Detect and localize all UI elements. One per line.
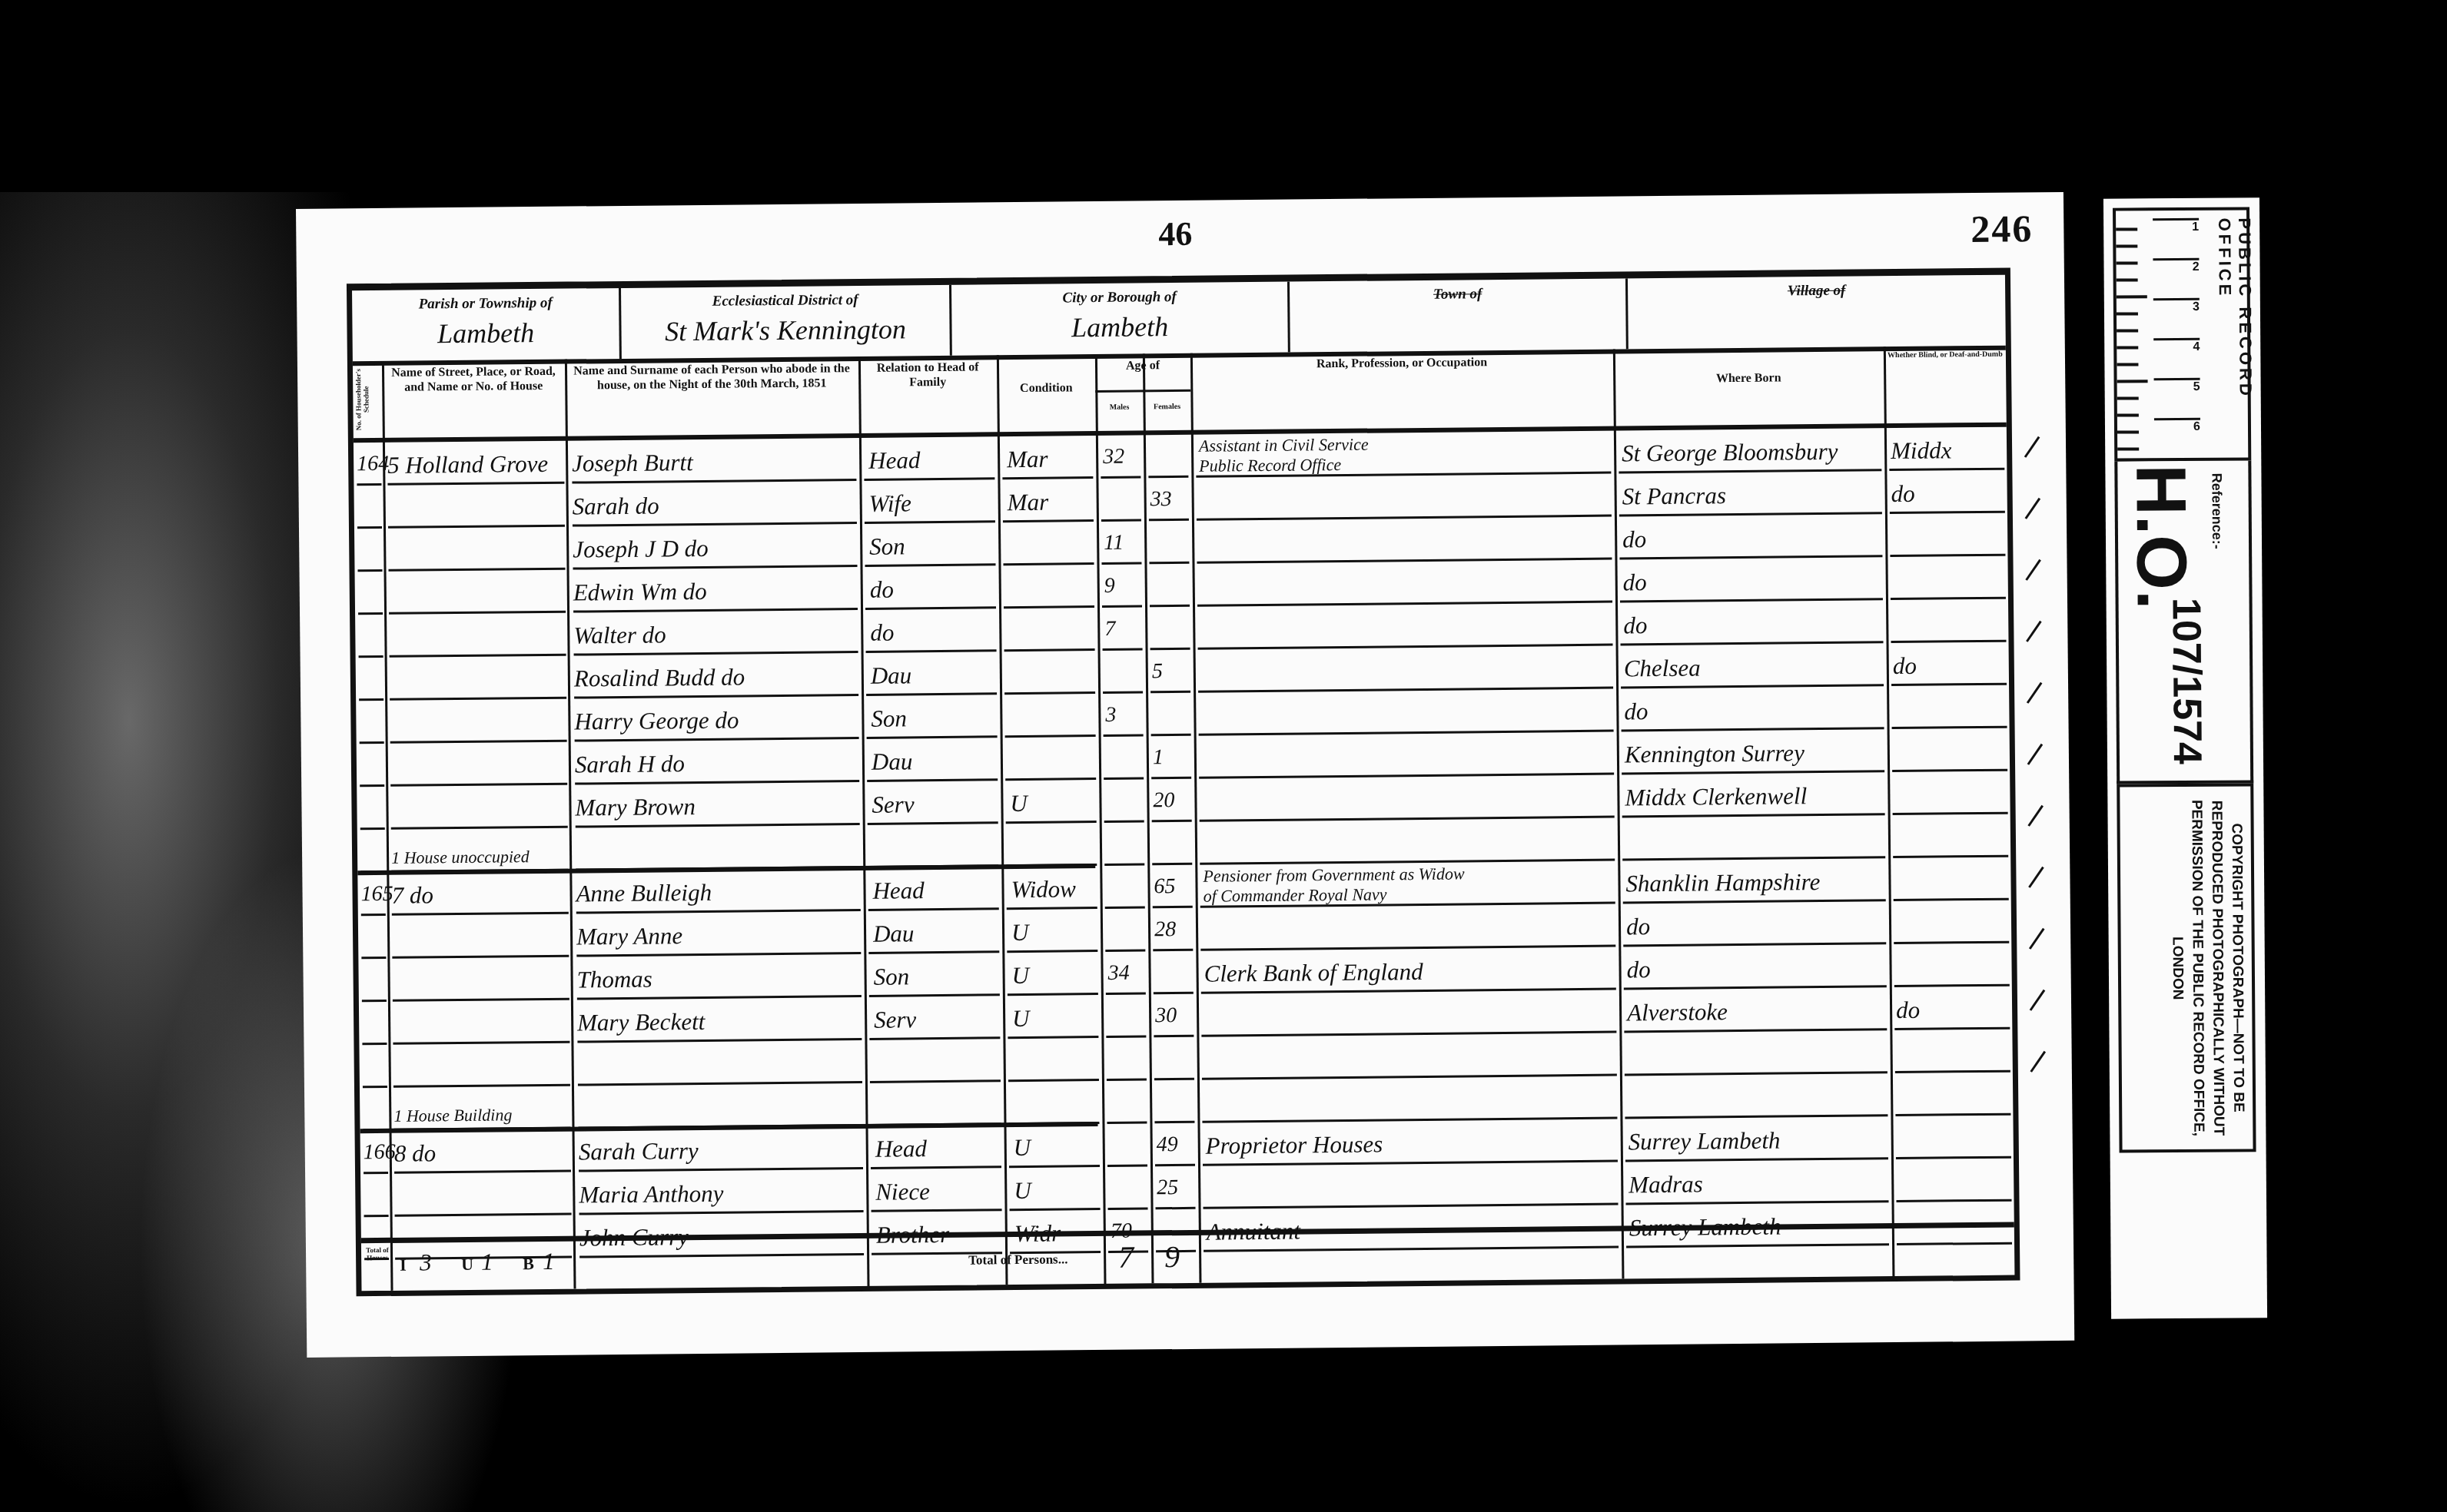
inhabited-prefix: I — [400, 1255, 407, 1275]
ruler-cm-label: 5 — [2154, 378, 2200, 420]
ruler-cm-label: 3 — [2153, 298, 2200, 340]
cell-birthplace: St George Bloomsbury — [1622, 439, 1838, 466]
ruler-cm-label: 4 — [2153, 338, 2200, 380]
cell-relation: Head — [868, 448, 920, 472]
cell-birthplace: do — [1624, 699, 1648, 723]
cell-address: 7 do — [391, 883, 433, 907]
cell-relation: do — [870, 621, 894, 645]
ruler-tick — [2117, 312, 2138, 315]
cell-relation: Head — [875, 1136, 927, 1161]
cell-name: Thomas — [576, 967, 652, 992]
checkmark-icon — [2029, 928, 2045, 950]
town-label: Town of — [1290, 284, 1625, 304]
cell-name: Joseph J D do — [573, 536, 709, 562]
building-count: 1 — [543, 1249, 555, 1273]
total-houses-label: Total of Houses — [364, 1246, 390, 1262]
cell-condition: U — [1014, 1136, 1031, 1159]
cell-birthplace: do — [1623, 613, 1647, 637]
cell-relation: Niece — [875, 1179, 930, 1204]
cell-birthplace: do — [1622, 527, 1646, 551]
col-females: Females — [1143, 395, 1190, 431]
uninhabited-count: 1 — [481, 1250, 493, 1274]
ruler-tick — [2117, 447, 2139, 450]
cell-name: Mary Brown — [575, 794, 696, 820]
census-form: Parish or Township of Lambeth Ecclesiast… — [347, 268, 2020, 1297]
cell-relation: Serv — [872, 792, 914, 817]
cell-condition: Mar — [1008, 490, 1049, 515]
town-cell: Town of — [1290, 278, 1629, 352]
cell-name: Joseph Burtt — [572, 450, 693, 476]
ecclesiastical-label: Ecclesiastical District of — [621, 291, 949, 311]
total-females: 9 — [1164, 1242, 1180, 1272]
total-persons-label: Total of Persons... — [968, 1252, 1067, 1268]
piece-number: 107/1574 — [2163, 598, 2211, 764]
cell-female-age: 33 — [1150, 489, 1172, 510]
cell-relation: Serv — [874, 1007, 916, 1032]
cell-relation: Dau — [872, 749, 913, 774]
total-males: 7 — [1118, 1242, 1134, 1273]
cell-name: Edwin Wm do — [573, 579, 707, 605]
col-relation: Relation to Head of Family — [858, 355, 998, 433]
cell-relation: Head — [872, 878, 924, 903]
ruler-ticks — [2116, 211, 2154, 458]
checkmark-icon — [2026, 621, 2042, 642]
cell-relation: Son — [873, 964, 909, 988]
reference-label: Reference:- — [2208, 473, 2225, 549]
cell-female-age: 49 — [1157, 1134, 1178, 1156]
cell-occupation: Pensioner from Government as Widow — [1203, 865, 1464, 884]
ruler-tick — [2116, 244, 2137, 247]
cell-female-age: 1 — [1153, 747, 1164, 768]
cell-schedule: 164 — [357, 453, 389, 475]
cell-female-age: 25 — [1157, 1177, 1178, 1199]
cell-name: Maria Anthony — [579, 1182, 723, 1207]
cell-birthplace: Middx Clerkenwell — [1625, 784, 1807, 809]
column-headers: No. of Householder's Schedule Name of St… — [353, 346, 2007, 443]
ruler-tick — [2117, 396, 2139, 400]
city-cell: City or Borough of Lambeth — [951, 282, 1290, 356]
checkmark-icon — [2030, 990, 2046, 1011]
checkmark-icon — [2027, 682, 2043, 704]
ruler-tick — [2117, 346, 2138, 349]
cell-birthplace: St Pancras — [1622, 483, 1726, 508]
measurement-ruler: 123456 PUBLIC RECORD OFFICE — [2113, 207, 2251, 461]
cell-relation: Wife — [869, 491, 911, 516]
city-label: City or Borough of — [951, 288, 1287, 308]
cell-female-age: 28 — [1154, 919, 1176, 940]
folio-number: 46 — [1158, 214, 1192, 254]
cell-male-age: 34 — [1107, 963, 1129, 984]
town-value — [1290, 306, 1625, 309]
checkmark-icon — [2027, 805, 2044, 827]
ruler-tick — [2117, 278, 2138, 281]
cell-county: do — [1896, 998, 1920, 1022]
cell-birthplace: Chelsea — [1624, 655, 1701, 680]
cell-male-age: 9 — [1104, 575, 1115, 597]
cell-name: Sarah Curry — [579, 1139, 699, 1163]
cell-occupation: Proprietor Houses — [1206, 1132, 1383, 1157]
ecclesiastical-value: St Mark's Kennington — [621, 313, 949, 348]
checkmark-icon — [2027, 744, 2044, 765]
cell-relation: Dau — [871, 663, 912, 688]
cell-relation: Son — [871, 706, 907, 730]
cell-name: Sarah H do — [575, 751, 685, 776]
ruler-tick — [2117, 413, 2139, 416]
ruler-cm-label: 2 — [2153, 258, 2199, 300]
cell-occupation: Clerk Bank of England — [1204, 960, 1423, 986]
cell-condition: U — [1011, 920, 1029, 944]
cell-county: Middx — [1891, 438, 1951, 463]
cell-female-age: 20 — [1153, 790, 1174, 811]
col-disability: Whether Blind, or Deaf-and-Dumb — [1884, 346, 2007, 424]
cell-male-age: 3 — [1105, 705, 1116, 726]
checkmark-icon — [2024, 436, 2040, 458]
cell-birthplace: Alverstoke — [1627, 1000, 1728, 1024]
checkmark-icon — [2030, 1051, 2046, 1073]
city-value: Lambeth — [951, 310, 1287, 345]
cell-birthplace: Madras — [1629, 1172, 1703, 1196]
parish-value: Lambeth — [352, 316, 619, 350]
ruler-tick — [2117, 380, 2148, 383]
cell-relation: do — [870, 578, 894, 602]
cell-name: Mary Beckett — [577, 1010, 705, 1035]
col-birthplace: Where Born — [1613, 346, 1884, 426]
col-schedule: No. of Householder's Schedule — [353, 361, 383, 438]
cell-female-age: 30 — [1155, 1005, 1177, 1026]
copyright-notice: COPYRIGHT PHOTOGRAPH—NOT TO BE REPRODUCE… — [2117, 783, 2256, 1152]
col-condition: Condition — [997, 354, 1096, 432]
checkmark-icon — [2028, 867, 2044, 888]
uninhabited-prefix: U — [461, 1255, 473, 1275]
checkmark-icon — [2025, 498, 2041, 519]
ruler-tick — [2116, 227, 2137, 230]
cell-condition: U — [1012, 1006, 1030, 1030]
ruler-cm-label: 1 — [2153, 218, 2199, 260]
cell-birthplace: Shanklin Hampshire — [1625, 870, 1820, 895]
village-label: Village of — [1628, 281, 2005, 302]
reference-strip: 123456 PUBLIC RECORD OFFICE H.O. Referen… — [2103, 197, 2267, 1318]
inhabited-count: 3 — [420, 1250, 432, 1274]
cell-address: 8 do — [394, 1141, 437, 1165]
cell-address: 1 House Building — [393, 1106, 512, 1124]
cell-relation: Dau — [873, 921, 915, 946]
cell-birthplace: Surrey Lambeth — [1629, 1129, 1781, 1154]
cell-occupation-continued: of Commander Royal Navy — [1204, 886, 1387, 904]
col-name: Name and Surname of each Person who abod… — [565, 356, 859, 436]
cell-occupation: Assistant in Civil Service — [1199, 436, 1369, 455]
col-occupation: Rank, Profession, or Occupation — [1190, 350, 1614, 430]
village-cell: Village of — [1628, 275, 2006, 350]
cell-birthplace: do — [1623, 570, 1647, 594]
cell-occupation-continued: Public Record Office — [1199, 456, 1341, 475]
page-number: 246 — [1971, 206, 2034, 251]
cell-female-age: 65 — [1154, 876, 1175, 897]
cell-condition: U — [1010, 791, 1028, 815]
checkmark-icon — [2025, 559, 2041, 581]
parish-label: Parish or Township of — [352, 294, 619, 313]
village-value — [1628, 303, 2005, 307]
cell-schedule: 165 — [360, 884, 393, 905]
cell-name: Mary Anne — [576, 923, 682, 948]
cell-address: 1 House unoccupied — [391, 848, 530, 867]
cell-address: 5 Holland Grove — [387, 452, 548, 477]
ecclesiastical-cell: Ecclesiastical District of St Mark's Ken… — [621, 285, 952, 359]
parish-cell: Parish or Township of Lambeth — [352, 288, 622, 361]
col-males: Males — [1095, 395, 1143, 431]
cell-male-age: 32 — [1103, 446, 1124, 468]
cell-name: Sarah do — [573, 493, 659, 518]
cell-male-age: 7 — [1104, 618, 1115, 640]
ruler-tick — [2117, 430, 2139, 433]
cell-condition: U — [1011, 963, 1029, 987]
census-page: 46 246 Parish or Township of Lambeth Ecc… — [296, 192, 2074, 1358]
building-prefix: B — [523, 1254, 534, 1274]
cell-condition: U — [1014, 1179, 1031, 1202]
cell-county: do — [1893, 654, 1917, 678]
col-address: Name of Street, Place, or Road, and Name… — [382, 360, 566, 438]
cell-birthplace: do — [1626, 957, 1650, 981]
cell-schedule: 166 — [364, 1142, 396, 1163]
cell-county: do — [1891, 482, 1915, 506]
public-record-office-label: PUBLIC RECORD OFFICE — [2214, 217, 2256, 457]
cell-birthplace: Kennington Surrey — [1625, 741, 1805, 766]
series-code: H.O. — [2125, 464, 2196, 610]
cell-condition: Widow — [1011, 877, 1076, 901]
cell-name: Harry George do — [574, 708, 739, 733]
cell-relation: Son — [869, 534, 905, 558]
ruler-cm-label: 6 — [2154, 418, 2200, 460]
cell-female-age: 5 — [1152, 661, 1163, 682]
ruler-tick — [2117, 329, 2138, 332]
cell-male-age: 11 — [1104, 532, 1124, 554]
cell-birthplace: do — [1626, 914, 1650, 938]
cell-name: Walter do — [573, 622, 666, 647]
ruler-tick — [2117, 295, 2147, 298]
ruler-tick — [2116, 261, 2137, 264]
ruler-tick — [2117, 363, 2138, 366]
cell-name: Anne Bulleigh — [576, 880, 712, 906]
cell-condition: Mar — [1007, 447, 1048, 472]
cell-name: Rosalind Budd do — [574, 665, 745, 690]
reference-box: H.O. Reference:- 107/1574 — [2114, 460, 2253, 784]
